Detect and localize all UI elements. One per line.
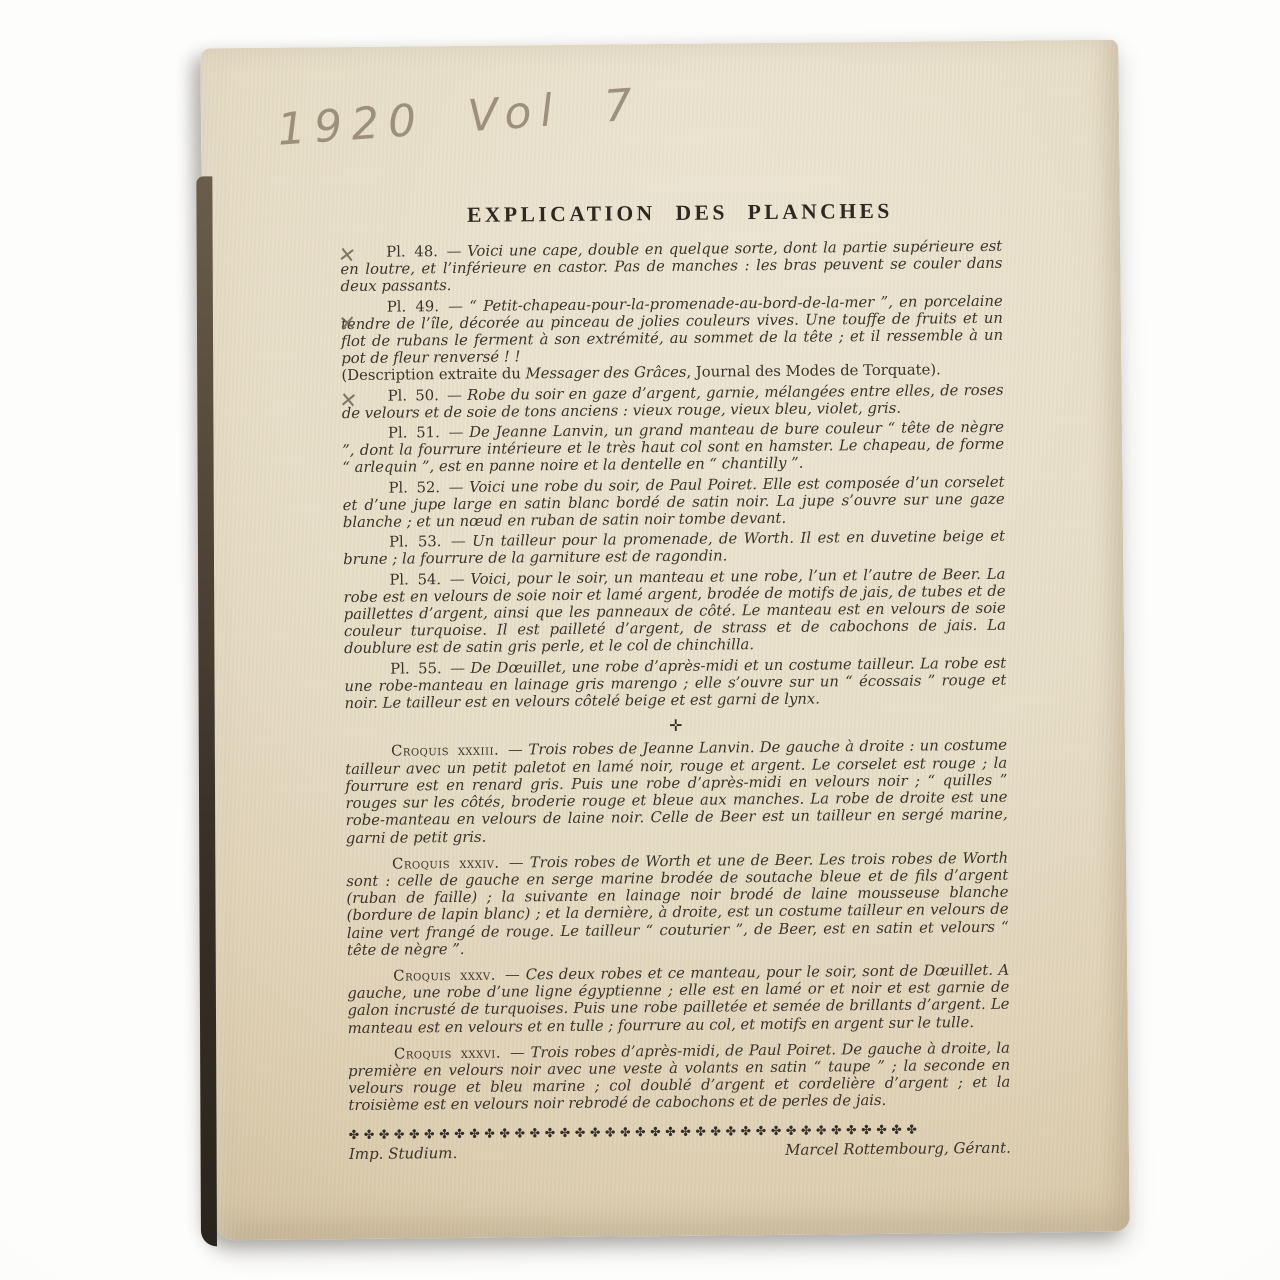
description-note-prefix: (Description extraite du: [341, 366, 525, 385]
plate-52-entry: Pl. 52. — Voici une robe du soir, de Pau…: [342, 473, 1004, 531]
croquis-label: Croquis xxxv. —: [393, 966, 520, 984]
plate-53-entry: Pl. 53. — Un tailleur pour la promenade,…: [343, 528, 1005, 569]
croquis-label: Croquis xxxiii. —: [391, 742, 523, 760]
plate-label: Pl. 52. —: [388, 479, 463, 497]
plate-label: Pl. 54. —: [389, 571, 464, 589]
plate-48-entry: ✕Pl. 48. — Voici une cape, double en que…: [340, 238, 1002, 296]
croquis-34-entry: Croquis xxxiv. — Trois robes de Worth et…: [346, 849, 1009, 959]
plate-label: Pl. 50. —: [388, 387, 462, 405]
plate-label: Pl. 51. —: [388, 424, 464, 442]
croquis-35-entry: Croquis xxxv. — Ces deux robes et ce man…: [347, 962, 1010, 1037]
plate-49-entry: ✕Pl. 49. — “ Petit-chapeau-pour-la-prome…: [341, 292, 1004, 384]
manager-credit: Marcel Rottembourg, Gérant.: [785, 1139, 1011, 1158]
handwritten-note: 1920 Vol 7: [276, 79, 643, 156]
plate-label: Pl. 55. —: [390, 660, 465, 678]
page-content: ✕Pl. 48. — Voici une cape, double en que…: [340, 238, 1011, 1163]
plate-54-entry: Pl. 54. — Voici, pour le soir, un mantea…: [343, 565, 1006, 657]
description-note-journal: Messager des Grâces: [526, 364, 687, 383]
croquis-label: Croquis xxxiv. —: [392, 854, 524, 872]
pencil-x-mark: ✕: [291, 240, 356, 265]
plate-label: Pl. 53. —: [389, 533, 466, 551]
plate-50-entry: ✕Pl. 50. — Robe du soir en gaze d’argent…: [342, 381, 1004, 422]
pencil-x-mark: ✕: [293, 387, 358, 410]
plate-label: Pl. 49. —: [387, 298, 463, 316]
section-divider-ornament: ✛: [345, 714, 1007, 738]
croquis-label: Croquis xxxvi. —: [394, 1044, 525, 1062]
footer-line: Imp. Studium. Marcel Rottembourg, Gérant…: [349, 1139, 1011, 1163]
croquis-33-entry: Croquis xxxiii. — Trois robes de Jeanne …: [345, 737, 1008, 847]
photo-backdrop: 1920 Vol 7 EXPLICATION DES PLANCHES ✕Pl.…: [0, 0, 1280, 1280]
croquis-36-entry: Croquis xxxvi. — Trois robes d’après-mid…: [348, 1039, 1011, 1114]
page-title: EXPLICATION DES PLANCHES: [340, 198, 1020, 230]
pencil-x-mark: ✕: [292, 314, 357, 336]
description-note-suffix: , Journal des Modes de Torquate).: [686, 362, 941, 381]
plate-label: Pl. 48. —: [386, 243, 461, 261]
plate-55-entry: Pl. 55. — De Dœuillet, une robe d’après-…: [344, 654, 1006, 712]
plate-51-entry: Pl. 51. — De Jeanne Lanvin, un grand man…: [342, 419, 1004, 477]
imprint-credit: Imp. Studium.: [349, 1145, 457, 1163]
document-page: 1920 Vol 7 EXPLICATION DES PLANCHES ✕Pl.…: [200, 40, 1129, 1241]
